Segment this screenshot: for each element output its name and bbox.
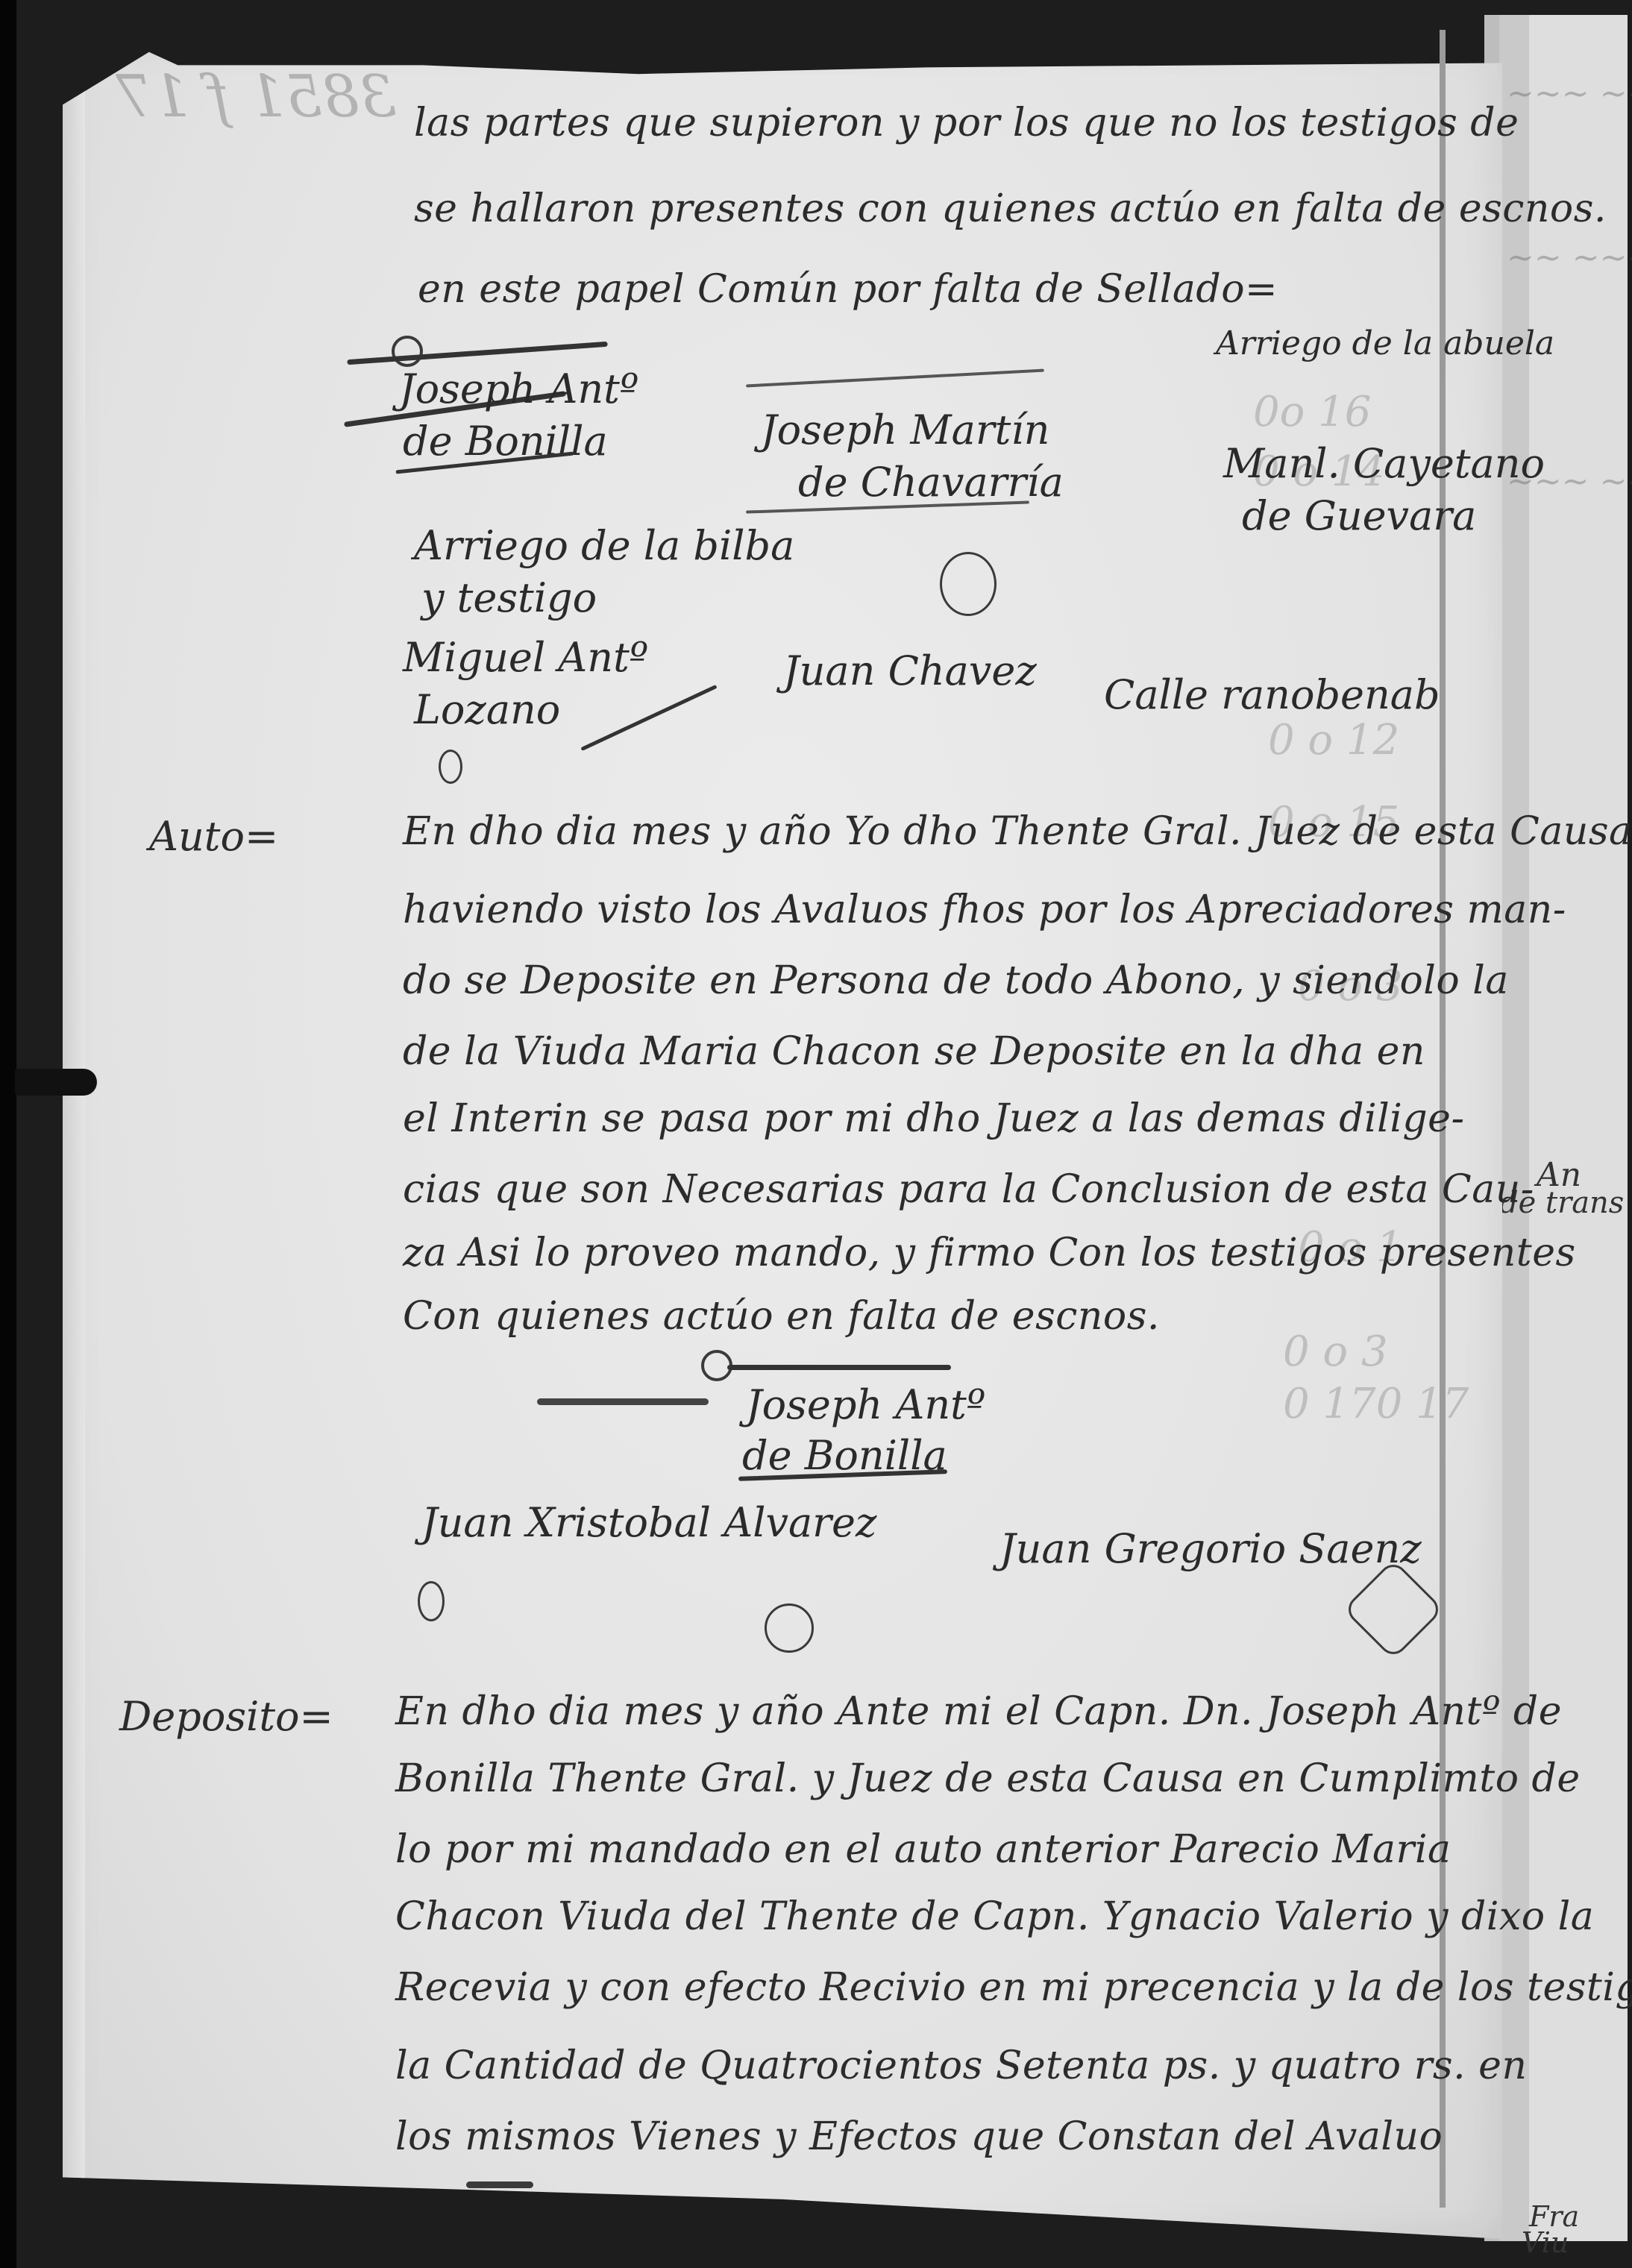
- text-line: se hallaron presentes con quienes actúo …: [414, 186, 1607, 231]
- text-line: Chacon Viuda del Thente de Capn. Ygnacio…: [395, 1894, 1594, 1939]
- folio-number-bleedthrough: 3851 f 17: [116, 63, 396, 131]
- text-line: la Cantidad de Quatrocientos Setenta ps.…: [395, 2044, 1527, 2088]
- text-line: do se Deposite en Persona de todo Abono,…: [403, 958, 1509, 1003]
- rubric-stroke: [727, 1365, 951, 1370]
- signature-bonilla-2-line1: Joseph Antº: [746, 1381, 985, 1428]
- rubric-spiral-icon: [392, 336, 423, 367]
- binding-clip: [15, 1069, 97, 1096]
- text-line: de la Viuda Maria Chacon se Deposite en …: [403, 1029, 1425, 1074]
- rubric-stroke: [466, 2181, 533, 2188]
- signature-lozano-line1: Miguel Antº: [403, 634, 648, 681]
- signature-alvarez: Juan Xristobal Alvarez: [421, 1499, 876, 1546]
- text-line: Recevia y con efecto Recivio en mi prece…: [395, 1965, 1632, 2010]
- rubric-stroke: [537, 1398, 709, 1405]
- signature-arriego-line2: y testigo: [421, 574, 597, 621]
- paragraph-mark-icon: [439, 750, 462, 784]
- margin-label-auto: Auto=: [149, 813, 278, 860]
- signature-note-arriego: Arriego de la abuela: [1216, 324, 1554, 362]
- signature-cayetano-line1: Manl. Cayetano: [1223, 440, 1545, 487]
- signature-bonilla-line2: de Bonilla: [403, 418, 608, 465]
- text-line: el Interin se pasa por mi dho Juez a las…: [403, 1096, 1465, 1141]
- text-line: lo por mi mandado en el auto anterior Pa…: [395, 1827, 1451, 1872]
- signature-chavez: Juan Chavez: [783, 647, 1037, 694]
- text-line: las partes que supieron y por los que no…: [414, 101, 1519, 145]
- back-sheet-fragment: Viu: [1522, 2226, 1569, 2259]
- margin-label-deposito: Deposito=: [119, 1693, 333, 1740]
- text-line: za Asi lo proveo mando, y firmo Con los …: [403, 1231, 1576, 1275]
- signature-arriego-line1: Arriego de la bilba: [414, 522, 794, 569]
- text-line: En dho dia mes y año Yo dho Thente Gral.…: [403, 809, 1632, 854]
- signature-cayetano-line2: de Guevara: [1242, 492, 1476, 539]
- rubric-loop-icon: [765, 1603, 814, 1653]
- signature-lozano-line2: Lozano: [414, 686, 560, 733]
- signature-chavarria-line1: Joseph Martín: [761, 406, 1049, 453]
- text-line: En dho dia mes y año Ante mi el Capn. Dn…: [395, 1689, 1562, 1734]
- text-line: Con quienes actúo en falta de escnos.: [403, 1294, 1160, 1339]
- text-line: los mismos Vienes y Efectos que Constan …: [395, 2114, 1443, 2159]
- text-line: Bonilla Thente Gral. y Juez de esta Caus…: [395, 1756, 1581, 1801]
- text-line: cias que son Necesarias para la Conclusi…: [403, 1167, 1534, 1212]
- rubric-loop-icon: [940, 552, 997, 616]
- signature-calle: Calle ranobenab: [1104, 671, 1440, 718]
- text-line: haviendo visto los Avaluos fhos por los …: [403, 888, 1566, 932]
- signature-saenz: Juan Gregorio Saenz: [999, 1525, 1422, 1572]
- paragraph-mark-icon: [418, 1581, 445, 1621]
- signature-chavarria-line2: de Chavarría: [798, 459, 1064, 506]
- text-line: en este papel Común por falta de Sellado…: [418, 267, 1278, 312]
- signature-bonilla-line1: Joseph Antº: [399, 365, 638, 412]
